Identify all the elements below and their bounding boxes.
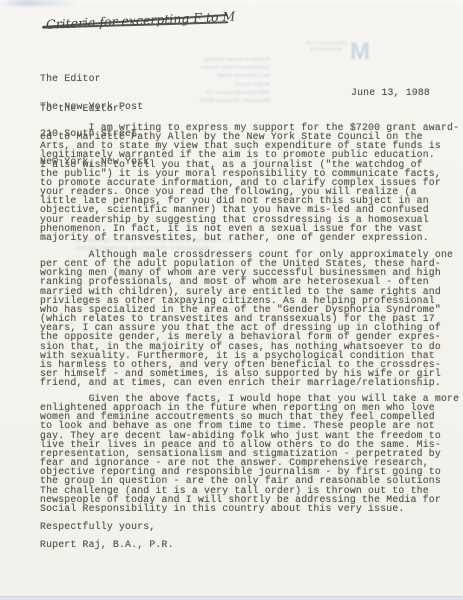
body-paragraph-3: Given the above facts, I would hope that… <box>40 394 459 513</box>
bleedthrough-letterhead-line: Department of Family Practice <box>196 64 270 72</box>
bleedthrough-university-name: University of Minnesota <box>300 41 352 54</box>
bleedthrough-letterhead-line: Program in Human Sexuality <box>196 56 270 64</box>
salutation: To the Editor: <box>40 104 125 113</box>
body-paragraph-1: I am writing to express my support for t… <box>40 123 459 242</box>
letter-date: June 13, 1988 <box>40 88 430 97</box>
bleedthrough-smudge <box>0 0 78 6</box>
scan-edge-bottom <box>0 596 463 600</box>
bleedthrough-letterhead-block: Program in Human Sexuality Department of… <box>196 56 270 105</box>
bleedthrough-letterhead-line: and Community Health <box>196 72 270 80</box>
valediction: Respectfully yours, <box>40 522 155 531</box>
bleedthrough-university-name-line: Minnesota <box>300 47 352 53</box>
recipient-address-line: The Editor <box>40 74 149 83</box>
body-paragraph-2: Although male crossdressers count for on… <box>40 250 453 387</box>
handwritten-annotation: Criteria for excerpting F to M <box>46 9 222 32</box>
letter-page: M University of Minnesota Program in Hum… <box>0 0 463 600</box>
bleedthrough-letterhead-line: Minneapolis, Minnesota 55414 <box>196 97 270 105</box>
bleedthrough-university-logo-icon: M <box>352 38 370 66</box>
signature-name: Rupert Raj, B.A., P.R. <box>40 540 174 549</box>
